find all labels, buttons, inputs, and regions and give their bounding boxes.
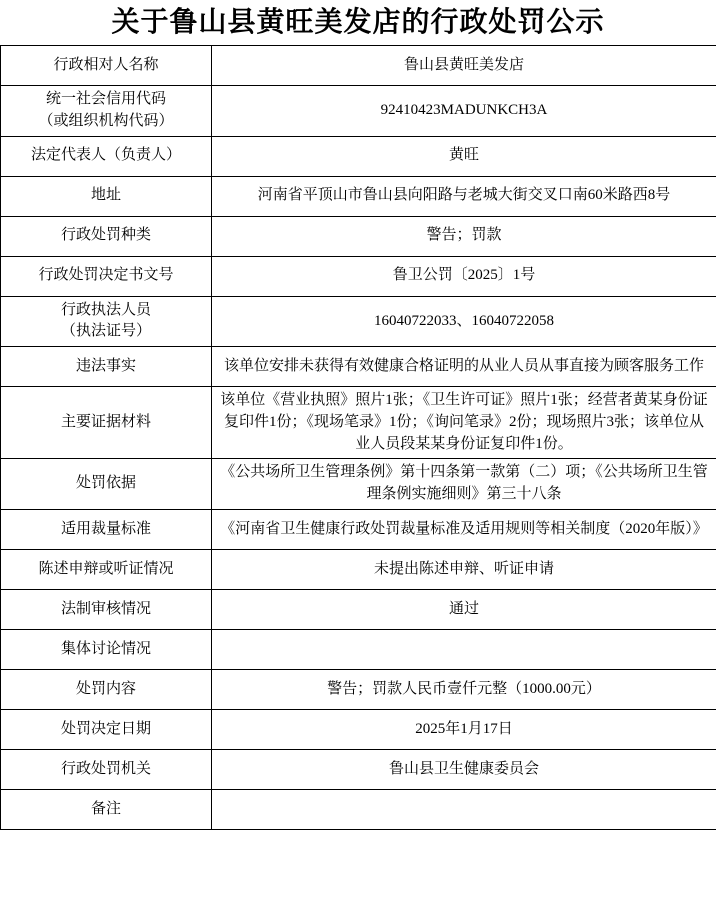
row-label: 处罚决定日期 [1, 709, 212, 749]
row-label: 主要证据材料 [1, 387, 212, 459]
row-label: 备注 [1, 789, 212, 829]
row-value: 2025年1月17日 [212, 709, 716, 749]
row-label: 处罚依据 [1, 459, 212, 510]
row-label: 法定代表人（负责人） [1, 136, 212, 176]
row-label: 法制审核情况 [1, 589, 212, 629]
table-row: 处罚依据 《公共场所卫生管理条例》第十四条第一款第（二）项；《公共场所卫生管理条… [1, 459, 716, 510]
table-row: 集体讨论情况 [1, 629, 716, 669]
row-value: 未提出陈述申辩、听证申请 [212, 549, 716, 589]
table-row: 主要证据材料 该单位《营业执照》照片1张；《卫生许可证》照片1张；经营者黄某身份… [1, 387, 716, 459]
table-row: 行政相对人名称 鲁山县黄旺美发店 [1, 46, 716, 86]
table-row: 备注 [1, 789, 716, 829]
row-label: 陈述申辩或听证情况 [1, 549, 212, 589]
row-label: 行政处罚决定书文号 [1, 256, 212, 296]
row-value: 该单位《营业执照》照片1张；《卫生许可证》照片1张；经营者黄某身份证复印件1份；… [212, 387, 716, 459]
row-value: 鲁山县黄旺美发店 [212, 46, 716, 86]
table-row: 行政处罚种类 警告；罚款 [1, 216, 716, 256]
row-value: 黄旺 [212, 136, 716, 176]
row-value [212, 629, 716, 669]
row-label: 统一社会信用代码 （或组织机构代码） [1, 86, 212, 137]
penalty-notice-page: 关于鲁山县黄旺美发店的行政处罚公示 行政相对人名称 鲁山县黄旺美发店 统一社会信… [0, 0, 716, 904]
row-label: 处罚内容 [1, 669, 212, 709]
row-value: 《公共场所卫生管理条例》第十四条第一款第（二）项；《公共场所卫生管理条例实施细则… [212, 459, 716, 510]
table-row: 行政处罚决定书文号 鲁卫公罚〔2025〕1号 [1, 256, 716, 296]
row-value: 通过 [212, 589, 716, 629]
row-label: 地址 [1, 176, 212, 216]
table-row: 法定代表人（负责人） 黄旺 [1, 136, 716, 176]
row-label: 行政执法人员 （执法证号） [1, 296, 212, 347]
row-value: 《河南省卫生健康行政处罚裁量标准及适用规则等相关制度（2020年版）》 [212, 509, 716, 549]
row-value: 92410423MADUNKCH3A [212, 86, 716, 137]
page-title: 关于鲁山县黄旺美发店的行政处罚公示 [0, 0, 716, 45]
row-label: 违法事实 [1, 347, 212, 387]
row-value: 鲁山县卫生健康委员会 [212, 749, 716, 789]
table-row: 处罚内容 警告；罚款人民币壹仟元整（1000.00元） [1, 669, 716, 709]
table-row: 行政处罚机关 鲁山县卫生健康委员会 [1, 749, 716, 789]
row-value: 该单位安排未获得有效健康合格证明的从业人员从事直接为顾客服务工作 [212, 347, 716, 387]
table-row: 法制审核情况 通过 [1, 589, 716, 629]
table-row: 行政执法人员 （执法证号） 16040722033、16040722058 [1, 296, 716, 347]
table-row: 陈述申辩或听证情况 未提出陈述申辩、听证申请 [1, 549, 716, 589]
table-row: 适用裁量标准 《河南省卫生健康行政处罚裁量标准及适用规则等相关制度（2020年版… [1, 509, 716, 549]
table-row: 地址 河南省平顶山市鲁山县向阳路与老城大街交叉口南60米路西8号 [1, 176, 716, 216]
row-value: 16040722033、16040722058 [212, 296, 716, 347]
table-row: 统一社会信用代码 （或组织机构代码） 92410423MADUNKCH3A [1, 86, 716, 137]
row-value [212, 789, 716, 829]
table-row: 处罚决定日期 2025年1月17日 [1, 709, 716, 749]
table-row: 违法事实 该单位安排未获得有效健康合格证明的从业人员从事直接为顾客服务工作 [1, 347, 716, 387]
row-label: 集体讨论情况 [1, 629, 212, 669]
row-label: 行政处罚种类 [1, 216, 212, 256]
penalty-table: 行政相对人名称 鲁山县黄旺美发店 统一社会信用代码 （或组织机构代码） 9241… [0, 45, 716, 830]
row-value: 河南省平顶山市鲁山县向阳路与老城大街交叉口南60米路西8号 [212, 176, 716, 216]
row-value: 警告；罚款人民币壹仟元整（1000.00元） [212, 669, 716, 709]
row-label: 行政相对人名称 [1, 46, 212, 86]
row-label: 适用裁量标准 [1, 509, 212, 549]
row-value: 警告；罚款 [212, 216, 716, 256]
row-value: 鲁卫公罚〔2025〕1号 [212, 256, 716, 296]
row-label: 行政处罚机关 [1, 749, 212, 789]
